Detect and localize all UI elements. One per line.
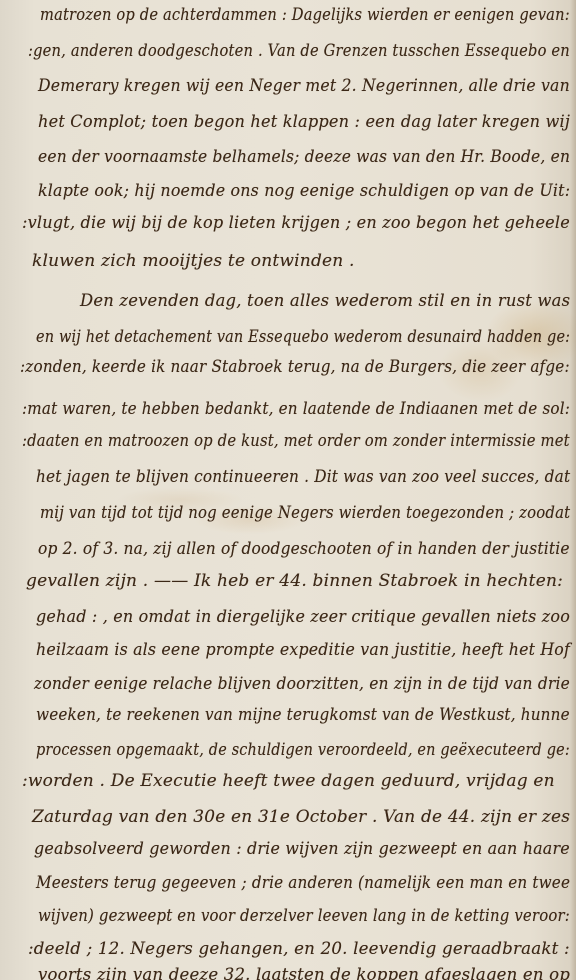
manuscript-line: klapte ook; hij noemde ons nog eenige sc… xyxy=(0,180,576,202)
line-text: het Complot; toen begon het klappen : ee… xyxy=(38,111,570,133)
manuscript-line: gevallen zijn . —— Ik heb er 44. binnen … xyxy=(0,570,576,592)
manuscript-line: Meesters terug gegeeven ; drie anderen (… xyxy=(0,872,576,894)
line-text: matrozen op de achterdammen : Dagelijks … xyxy=(40,4,570,26)
manuscript-line: matrozen op de achterdammen : Dagelijks … xyxy=(0,4,576,26)
line-text: Meesters terug gegeeven ; drie anderen (… xyxy=(36,872,570,894)
manuscript-line: geabsolveerd geworden : drie wijven zijn… xyxy=(0,838,576,860)
manuscript-line: :mat waren, te hebben bedankt, en laaten… xyxy=(0,398,576,420)
line-text: geabsolveerd geworden : drie wijven zijn… xyxy=(34,838,570,860)
line-text: een der voornaamste belhamels; deeze was… xyxy=(38,146,570,168)
manuscript-line: weeken, te reekenen van mijne terugkomst… xyxy=(0,704,576,726)
manuscript-line: Demerary kregen wij een Neger met 2. Neg… xyxy=(0,75,576,97)
manuscript-line: gehad : , en omdat in diergelijke zeer c… xyxy=(0,606,576,628)
line-text: klapte ook; hij noemde ons nog eenige sc… xyxy=(38,180,570,202)
line-text: Zaturdag van den 30e en 31e October . Va… xyxy=(32,806,570,828)
line-text: kluwen zich mooijtjes te ontwinden . xyxy=(32,250,355,272)
line-text: voorts zijn van deeze 32. laatsten de ko… xyxy=(38,964,570,980)
line-text: op 2. of 3. na, zij allen of doodgeschoo… xyxy=(38,538,570,560)
manuscript-line: :worden . De Executie heeft twee dagen g… xyxy=(0,770,576,792)
line-text: Den zevenden dag, toen alles wederom sti… xyxy=(80,290,570,312)
line-text: zonder eenige relache blijven doorzitten… xyxy=(34,673,570,695)
manuscript-line: :vlugt, die wij bij de kop lieten krijge… xyxy=(0,212,576,234)
manuscript-line: voorts zijn van deeze 32. laatsten de ko… xyxy=(0,964,576,980)
manuscript-line: :daaten en matroozen op de kust, met ord… xyxy=(0,430,576,452)
paragraph-start-line: Den zevenden dag, toen alles wederom sti… xyxy=(0,290,576,312)
line-text: gehad : , en omdat in diergelijke zeer c… xyxy=(36,606,570,628)
line-text: :worden . De Executie heeft twee dagen g… xyxy=(22,770,555,792)
line-text: Demerary kregen wij een Neger met 2. Neg… xyxy=(38,75,570,97)
line-text: processen opgemaakt, de schuldigen veroo… xyxy=(36,739,570,761)
manuscript-line: en wij het detachement van Essequebo wed… xyxy=(0,326,576,348)
manuscript-line: :zonden, keerde ik naar Stabroek terug, … xyxy=(0,356,576,378)
manuscript-line: zonder eenige relache blijven doorzitten… xyxy=(0,673,576,695)
manuscript-page: matrozen op de achterdammen : Dagelijks … xyxy=(0,0,576,980)
manuscript-line: :deeld ; 12. Negers gehangen, en 20. lee… xyxy=(0,938,576,960)
manuscript-line: het jagen te blijven continueeren . Dit … xyxy=(0,466,576,488)
line-text: :deeld ; 12. Negers gehangen, en 20. lee… xyxy=(28,938,570,960)
manuscript-line: processen opgemaakt, de schuldigen veroo… xyxy=(0,739,576,761)
line-text: gevallen zijn . —— Ik heb er 44. binnen … xyxy=(26,570,563,592)
line-text: weeken, te reekenen van mijne terugkomst… xyxy=(36,704,570,726)
manuscript-line: Zaturdag van den 30e en 31e October . Va… xyxy=(0,806,576,828)
manuscript-line: een der voornaamste belhamels; deeze was… xyxy=(0,146,576,168)
line-text: het jagen te blijven continueeren . Dit … xyxy=(36,466,570,488)
manuscript-line: :gen, anderen doodgeschoten . Van de Gre… xyxy=(0,40,576,62)
line-text: heilzaam is als eene prompte expeditie v… xyxy=(36,639,570,661)
line-text: :mat waren, te hebben bedankt, en laaten… xyxy=(22,398,570,420)
manuscript-line: mij van tijd tot tijd nog eenige Negers … xyxy=(0,502,576,524)
line-text: en wij het detachement van Essequebo wed… xyxy=(36,326,570,348)
line-text: wijven) gezweept en voor derzelver leeve… xyxy=(38,905,570,927)
manuscript-line: op 2. of 3. na, zij allen of doodgeschoo… xyxy=(0,538,576,560)
manuscript-line: heilzaam is als eene prompte expeditie v… xyxy=(0,639,576,661)
line-text: mij van tijd tot tijd nog eenige Negers … xyxy=(40,502,570,524)
line-text: :gen, anderen doodgeschoten . Van de Gre… xyxy=(28,40,570,62)
manuscript-line: wijven) gezweept en voor derzelver leeve… xyxy=(0,905,576,927)
manuscript-line: het Complot; toen begon het klappen : ee… xyxy=(0,111,576,133)
manuscript-line: kluwen zich mooijtjes te ontwinden . xyxy=(0,250,576,272)
line-text: :vlugt, die wij bij de kop lieten krijge… xyxy=(22,212,570,234)
line-text: :zonden, keerde ik naar Stabroek terug, … xyxy=(20,356,570,378)
line-text: :daaten en matroozen op de kust, met ord… xyxy=(22,430,570,452)
